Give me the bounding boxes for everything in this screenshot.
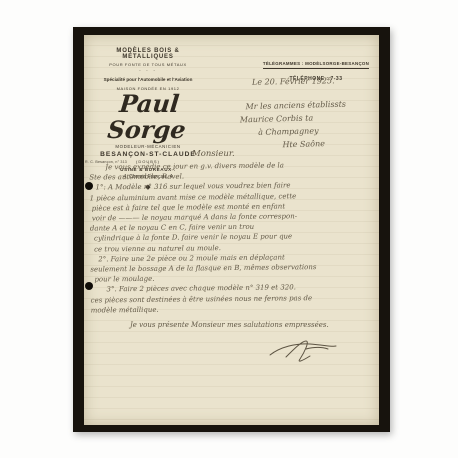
- punch-hole: [85, 182, 93, 190]
- signature: [266, 335, 340, 370]
- letterhead-business-line: MODÈLES BOIS & MÉTALLIQUES: [92, 48, 204, 60]
- letterhead-city: BESANÇON-ST-CLAUDE: [92, 151, 204, 158]
- salutation: Monsieur.: [192, 149, 235, 159]
- handwritten-line: modèle métallique.: [91, 302, 375, 315]
- letter-photo: MODÈLES BOIS & MÉTALLIQUES POUR FONTE DE…: [73, 27, 390, 432]
- letterhead-dots-ornament: · · ·: [92, 68, 204, 74]
- letterhead-trade-title: MODELEUR-MÉCANICIEN: [92, 144, 204, 149]
- letterhead-specialty: Spécialité pour l'Automobile et l'Aviati…: [92, 77, 204, 82]
- letter-paper: MODÈLES BOIS & MÉTALLIQUES POUR FONTE DE…: [84, 35, 379, 425]
- closing-line: Je vous présente Monsieur mes salutation…: [130, 321, 329, 329]
- letterhead-subline: POUR FONTE DE TOUS MÉTAUX: [92, 62, 204, 67]
- handwritten-line: Mr les anciens établissts: [245, 98, 346, 114]
- handwritten-date: Le 20. Février 1925.: [252, 76, 335, 86]
- letterhead-telegrams: TÉLÉGRAMMES : MODÈLSORGE-BESANÇON: [263, 61, 369, 69]
- product-image-canvas: MODÈLES BOIS & MÉTALLIQUES POUR FONTE DE…: [0, 0, 458, 458]
- company-name-logotype: Paul Sorge: [89, 91, 206, 143]
- recipient-address-block: Mr les anciens établisstsMaurice Corbis …: [239, 98, 347, 153]
- handwritten-line: Hte Saône: [282, 137, 347, 152]
- punch-hole: [85, 282, 93, 290]
- letter-body: Je vous expédie ce jour en g.v. divers m…: [89, 160, 375, 316]
